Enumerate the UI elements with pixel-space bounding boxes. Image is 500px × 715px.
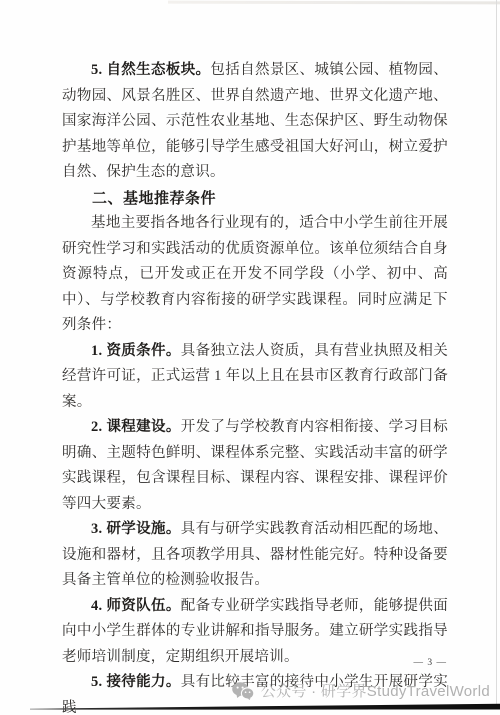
- paragraph-text: 包括自然景区、城镇公园、植物园、动物园、风景名胜区、世界自然遗产地、世界文化遗产…: [62, 62, 448, 180]
- paragraph-lead: 4. 师资队伍。: [91, 598, 181, 614]
- paragraph-condition-2: 2. 课程建设。开发了与学校教育内容相衔接、学习目标明确、主题特色鲜明、课程体系…: [62, 415, 448, 517]
- paragraph-module-5: 5. 自然生态板块。包括自然景区、城镇公园、植物园、动物园、风景名胜区、世界自然…: [62, 58, 448, 186]
- wechat-watermark: 公众号 · 研学界StudyTravelWorld: [232, 680, 490, 701]
- section-heading: 二、基地推荐条件: [62, 186, 448, 212]
- wechat-account-label: 公众号 · 研学界StudyTravelWorld: [261, 680, 490, 701]
- scan-right-edge-line: [496, 0, 497, 705]
- paragraph-lead: 2. 课程建设。: [91, 419, 181, 435]
- paragraph-lead: 3. 研学设施。: [91, 521, 181, 537]
- paragraph-lead: 5. 接待能力。: [91, 674, 181, 690]
- paragraph-text: 基地主要指各地各行业现有的，适合中小学生前往开展研究性学习和实践活动的优质资源单…: [62, 215, 448, 333]
- document-body: 5. 自然生态板块。包括自然景区、城镇公园、植物园、动物园、风景名胜区、世界自然…: [62, 58, 448, 715]
- scan-top-edge-line: [168, 1, 500, 5]
- paragraph-condition-1: 1. 资质条件。具备独立法人资质，具有营业执照及相关经营许可证，正式运营 1 年…: [62, 339, 448, 416]
- page-number: — 3 —: [414, 658, 448, 668]
- paragraph-condition-3: 3. 研学设施。具有与研学实践教育活动相匹配的场地、设施和器材，且各项教学用具、…: [62, 517, 448, 594]
- paragraph-lead: 1. 资质条件。: [91, 343, 181, 359]
- paragraph-lead: 5. 自然生态板块。: [91, 62, 210, 78]
- scanned-document-page: 5. 自然生态板块。包括自然景区、城镇公园、植物园、动物园、风景名胜区、世界自然…: [0, 0, 500, 715]
- paragraph-section-intro: 基地主要指各地各行业现有的，适合中小学生前往开展研究性学习和实践活动的优质资源单…: [62, 211, 448, 339]
- wechat-icon: [232, 682, 254, 700]
- paragraph-condition-4: 4. 师资队伍。配备专业研学实践指导老师，能够提供面向中小学生群体的专业讲解和指…: [62, 594, 448, 671]
